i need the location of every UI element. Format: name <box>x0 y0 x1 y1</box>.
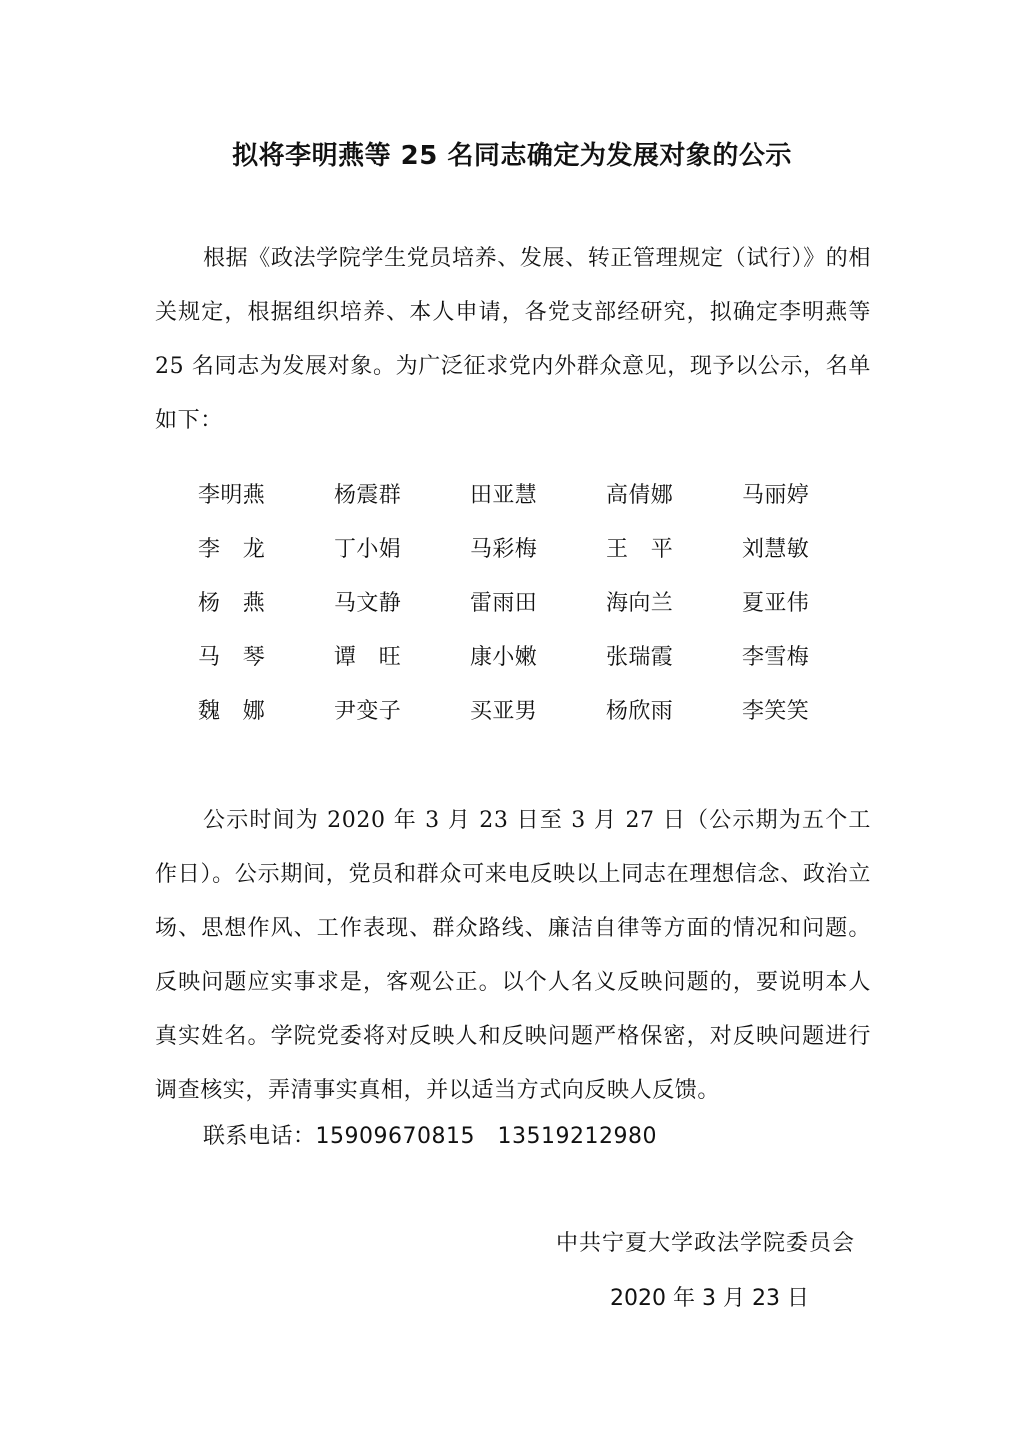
name-item: 杨 燕 <box>198 586 334 617</box>
name-row: 魏 娜 尹变子 买亚男 杨欣雨 李笑笑 <box>198 682 878 736</box>
document-title: 拟将李明燕等 25 名同志确定为发展对象的公示 <box>0 135 1024 172</box>
name-item: 康小嫩 <box>470 640 606 671</box>
phone-number-1: 15909670815 <box>316 1124 475 1149</box>
name-item: 张瑞霞 <box>606 640 742 671</box>
name-item: 买亚男 <box>470 694 606 725</box>
name-row: 李明燕 杨震群 田亚慧 高倩娜 马丽婷 <box>198 466 878 520</box>
contact-label: 联系电话： <box>203 1124 316 1149</box>
phone-number-2: 13519212980 <box>497 1124 656 1149</box>
name-row: 马 琴 谭 旺 康小嫩 张瑞霞 李雪梅 <box>198 628 878 682</box>
name-item: 马彩梅 <box>470 532 606 563</box>
name-item: 李笑笑 <box>742 694 878 725</box>
name-item: 夏亚伟 <box>742 586 878 617</box>
document-page: 拟将李明燕等 25 名同志确定为发展对象的公示 根据《政法学院学生党员培养、发展… <box>0 0 1024 1448</box>
name-item: 马文静 <box>334 586 470 617</box>
name-item: 雷雨田 <box>470 586 606 617</box>
signature-date: 2020 年 3 月 23 日 <box>610 1281 809 1312</box>
name-item: 马 琴 <box>198 640 334 671</box>
name-list: 李明燕 杨震群 田亚慧 高倩娜 马丽婷 李 龙 丁小娟 马彩梅 王 平 刘慧敏 … <box>198 466 878 736</box>
name-item: 杨欣雨 <box>606 694 742 725</box>
signature-organization: 中共宁夏大学政法学院委员会 <box>556 1226 855 1257</box>
name-row: 杨 燕 马文静 雷雨田 海向兰 夏亚伟 <box>198 574 878 628</box>
name-item: 马丽婷 <box>742 478 878 509</box>
name-row: 李 龙 丁小娟 马彩梅 王 平 刘慧敏 <box>198 520 878 574</box>
name-item: 杨震群 <box>334 478 470 509</box>
name-item: 李雪梅 <box>742 640 878 671</box>
name-item: 丁小娟 <box>334 532 470 563</box>
name-item: 田亚慧 <box>470 478 606 509</box>
intro-paragraph: 根据《政法学院学生党员培养、发展、转正管理规定（试行）》的相关规定，根据组织培养… <box>155 232 871 448</box>
name-item: 李明燕 <box>198 478 334 509</box>
name-item: 高倩娜 <box>606 478 742 509</box>
name-item: 李 龙 <box>198 532 334 563</box>
name-item: 刘慧敏 <box>742 532 878 563</box>
name-item: 海向兰 <box>606 586 742 617</box>
name-item: 谭 旺 <box>334 640 470 671</box>
name-item: 尹变子 <box>334 694 470 725</box>
name-item: 王 平 <box>606 532 742 563</box>
notice-paragraph: 公示时间为 2020 年 3 月 23 日至 3 月 27 日（公示期为五个工作… <box>155 794 871 1118</box>
name-item: 魏 娜 <box>198 694 334 725</box>
contact-line: 联系电话：15909670815 13519212980 <box>203 1117 657 1157</box>
